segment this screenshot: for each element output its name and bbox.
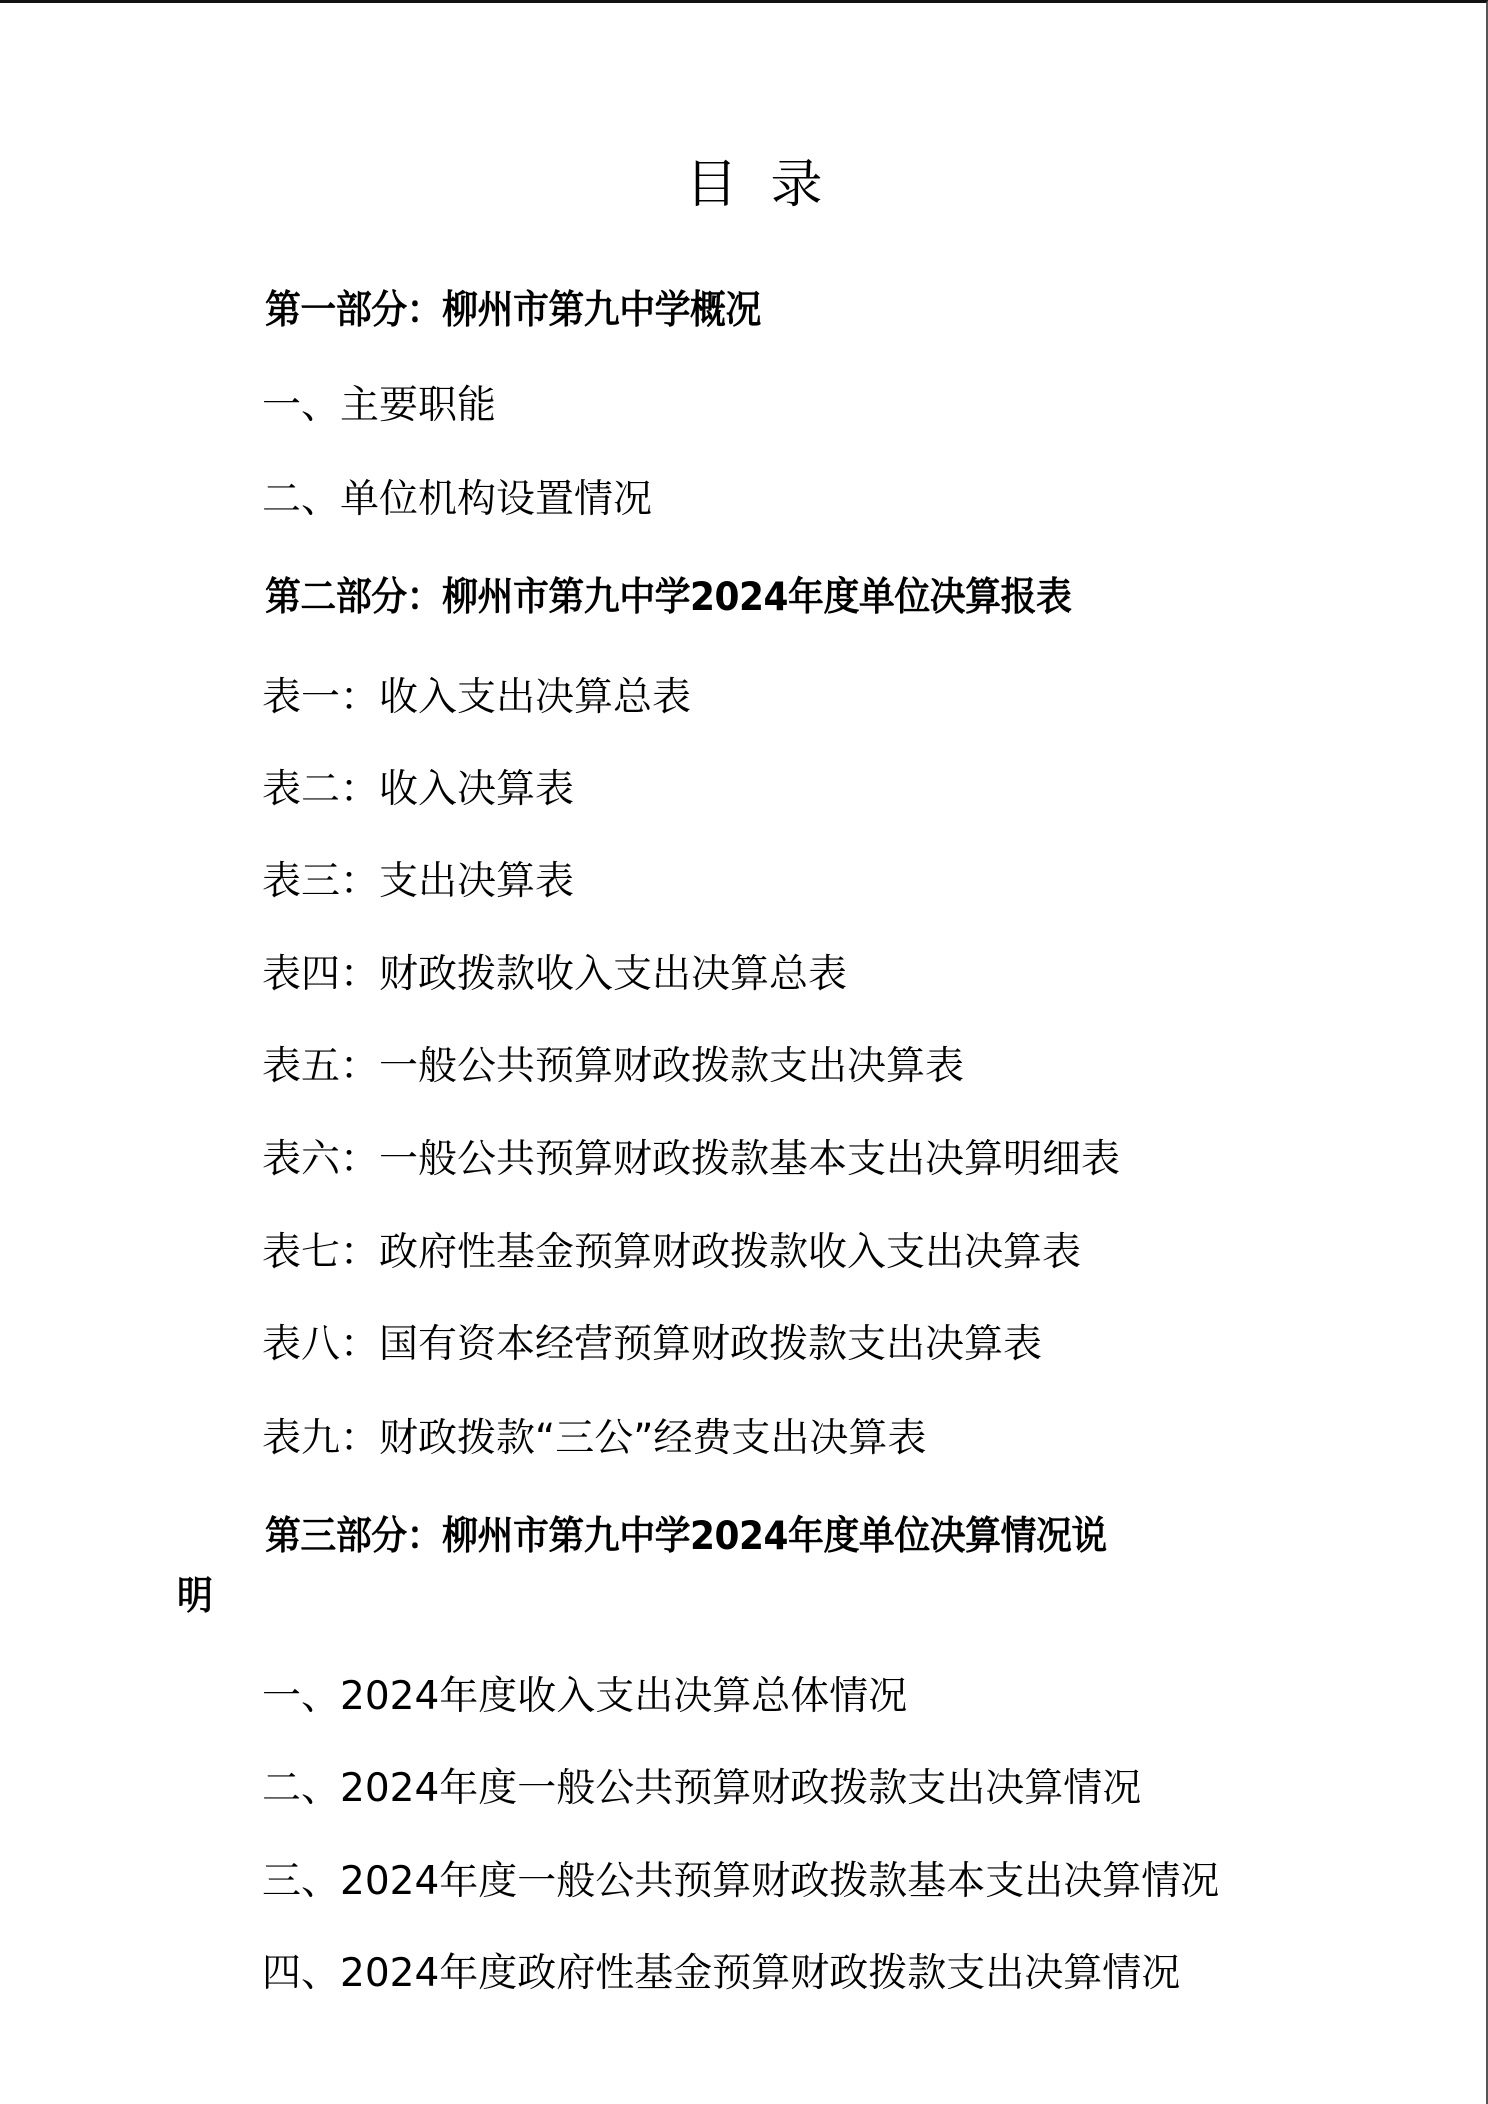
- toc-item: 表三：支出决算表: [262, 860, 574, 904]
- toc-item: 一、主要职能: [262, 384, 496, 428]
- toc-item: 表九：财政拨款“三公”经费支出决算表: [262, 1417, 926, 1461]
- toc-item: 表七：政府性基金预算财政拨款收入支出决算表: [262, 1231, 1081, 1275]
- toc-item: 表六：一般公共预算财政拨款基本支出决算明细表: [262, 1138, 1120, 1182]
- document-page: 目 录 第一部分：柳州市第九中学概况 一、主要职能 二、单位机构设置情况 第二部…: [0, 0, 1488, 2104]
- section-heading-part-3-continued: 明: [177, 1575, 212, 1619]
- toc-item: 表二：收入决算表: [262, 768, 574, 812]
- page-title: 目 录: [0, 155, 1488, 215]
- toc-item: 表八：国有资本经营预算财政拨款支出决算表: [262, 1323, 1042, 1367]
- section-heading-part-2: 第二部分：柳州市第九中学2024年度单位决算报表: [265, 576, 1071, 620]
- toc-item: 三、2024年度一般公共预算财政拨款基本支出决算情况: [262, 1860, 1219, 1904]
- toc-item: 二、单位机构设置情况: [262, 478, 652, 522]
- toc-item: 表四：财政拨款收入支出决算总表: [262, 953, 847, 997]
- toc-item: 表五：一般公共预算财政拨款支出决算表: [262, 1045, 964, 1089]
- toc-item: 二、2024年度一般公共预算财政拨款支出决算情况: [262, 1767, 1141, 1811]
- toc-item: 表一：收入支出决算总表: [262, 676, 691, 720]
- toc-item: 四、2024年度政府性基金预算财政拨款支出决算情况: [262, 1952, 1180, 1996]
- toc-item: 一、2024年度收入支出决算总体情况: [262, 1675, 907, 1719]
- section-heading-part-1: 第一部分：柳州市第九中学概况: [265, 289, 761, 333]
- section-heading-part-3: 第三部分：柳州市第九中学2024年度单位决算情况说: [265, 1515, 1107, 1559]
